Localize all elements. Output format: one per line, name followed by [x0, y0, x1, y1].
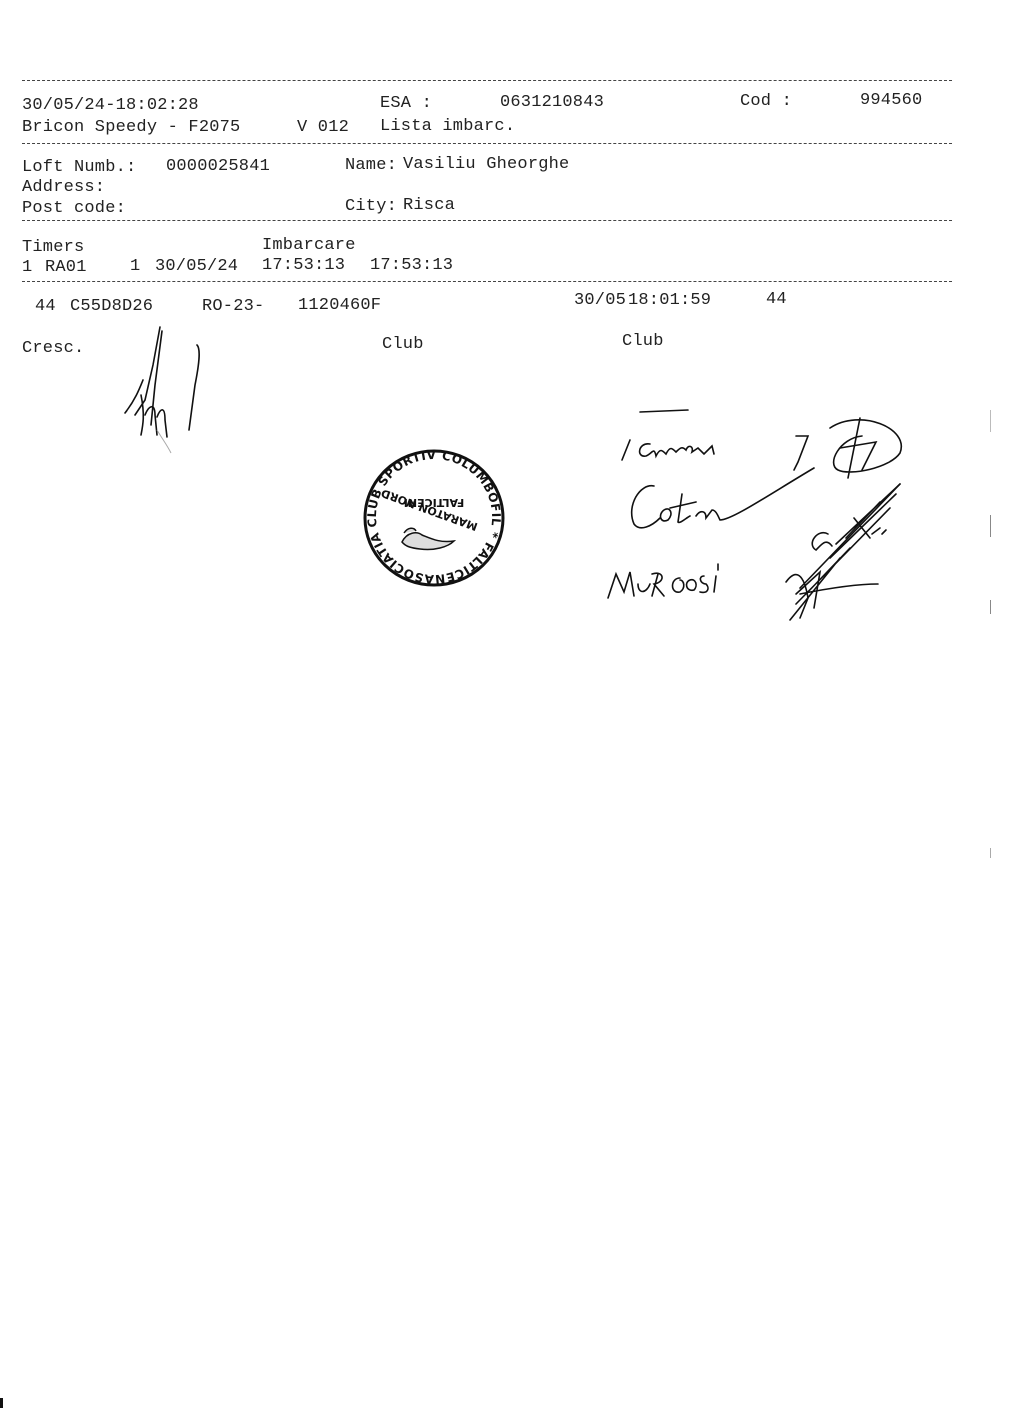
- device-name: Bricon Speedy - F2075: [22, 118, 240, 138]
- loft-number-label: Loft Numb.:: [22, 158, 136, 178]
- scan-mark: [990, 410, 991, 432]
- device-version: V 012: [297, 118, 349, 138]
- bird-arrival-date: 30/05: [574, 291, 626, 311]
- separator-timers: [22, 281, 952, 282]
- timer-index: 1: [22, 258, 32, 278]
- name-value: Vasiliu Gheorghe: [403, 155, 569, 175]
- club-signature-label-1: Club: [382, 335, 424, 355]
- list-type: Lista imbarc.: [380, 117, 515, 137]
- timers-heading: Timers: [22, 238, 84, 258]
- separator-header: [22, 143, 952, 144]
- separator-top: [22, 80, 952, 81]
- timer-count: 1: [130, 257, 140, 277]
- scan-mark: [990, 848, 991, 858]
- name-label: Name:: [345, 156, 397, 176]
- cod-label: Cod :: [740, 92, 792, 112]
- bird-ring-prefix: RO-23-: [202, 297, 264, 317]
- bird-chip: C55D8D26: [70, 297, 153, 317]
- club-signature-label-2: Club: [622, 332, 664, 352]
- breeder-signature-label: Cresc.: [22, 339, 84, 359]
- bird-count: 44: [766, 290, 787, 310]
- city-label: City:: [345, 197, 397, 217]
- esa-value: 0631210843: [500, 93, 604, 113]
- address-label: Address:: [22, 178, 105, 198]
- postcode-label: Post code:: [22, 199, 126, 219]
- pigeon-icon: [402, 528, 454, 549]
- print-datetime: 30/05/24-18:02:28: [22, 96, 199, 116]
- bird-number: 44: [35, 297, 56, 317]
- esa-label: ESA :: [380, 94, 432, 114]
- timer-id: RA01: [45, 258, 87, 278]
- bird-ring-number: 1120460F: [298, 296, 381, 316]
- scan-mark: [0, 1398, 3, 1408]
- club-stamp: ASOCIATIA CLUB SPORTIV COLUMBOFIL * FALT…: [362, 447, 507, 589]
- separator-fancier: [22, 220, 952, 221]
- timer-time-1: 17:53:13: [262, 256, 345, 276]
- city-value: Risca: [403, 196, 455, 216]
- scan-mark: [990, 600, 991, 614]
- timer-date: 30/05/24: [155, 257, 238, 277]
- imbarcare-heading: Imbarcare: [262, 236, 356, 256]
- breeder-signature: [115, 325, 215, 455]
- timer-time-2: 17:53:13: [370, 256, 453, 276]
- loft-number-value: 0000025841: [166, 157, 270, 177]
- cod-value: 994560: [860, 91, 922, 111]
- club-signatures: [600, 398, 920, 628]
- scan-mark: [990, 515, 991, 537]
- bird-arrival-time: 18:01:59: [628, 291, 711, 311]
